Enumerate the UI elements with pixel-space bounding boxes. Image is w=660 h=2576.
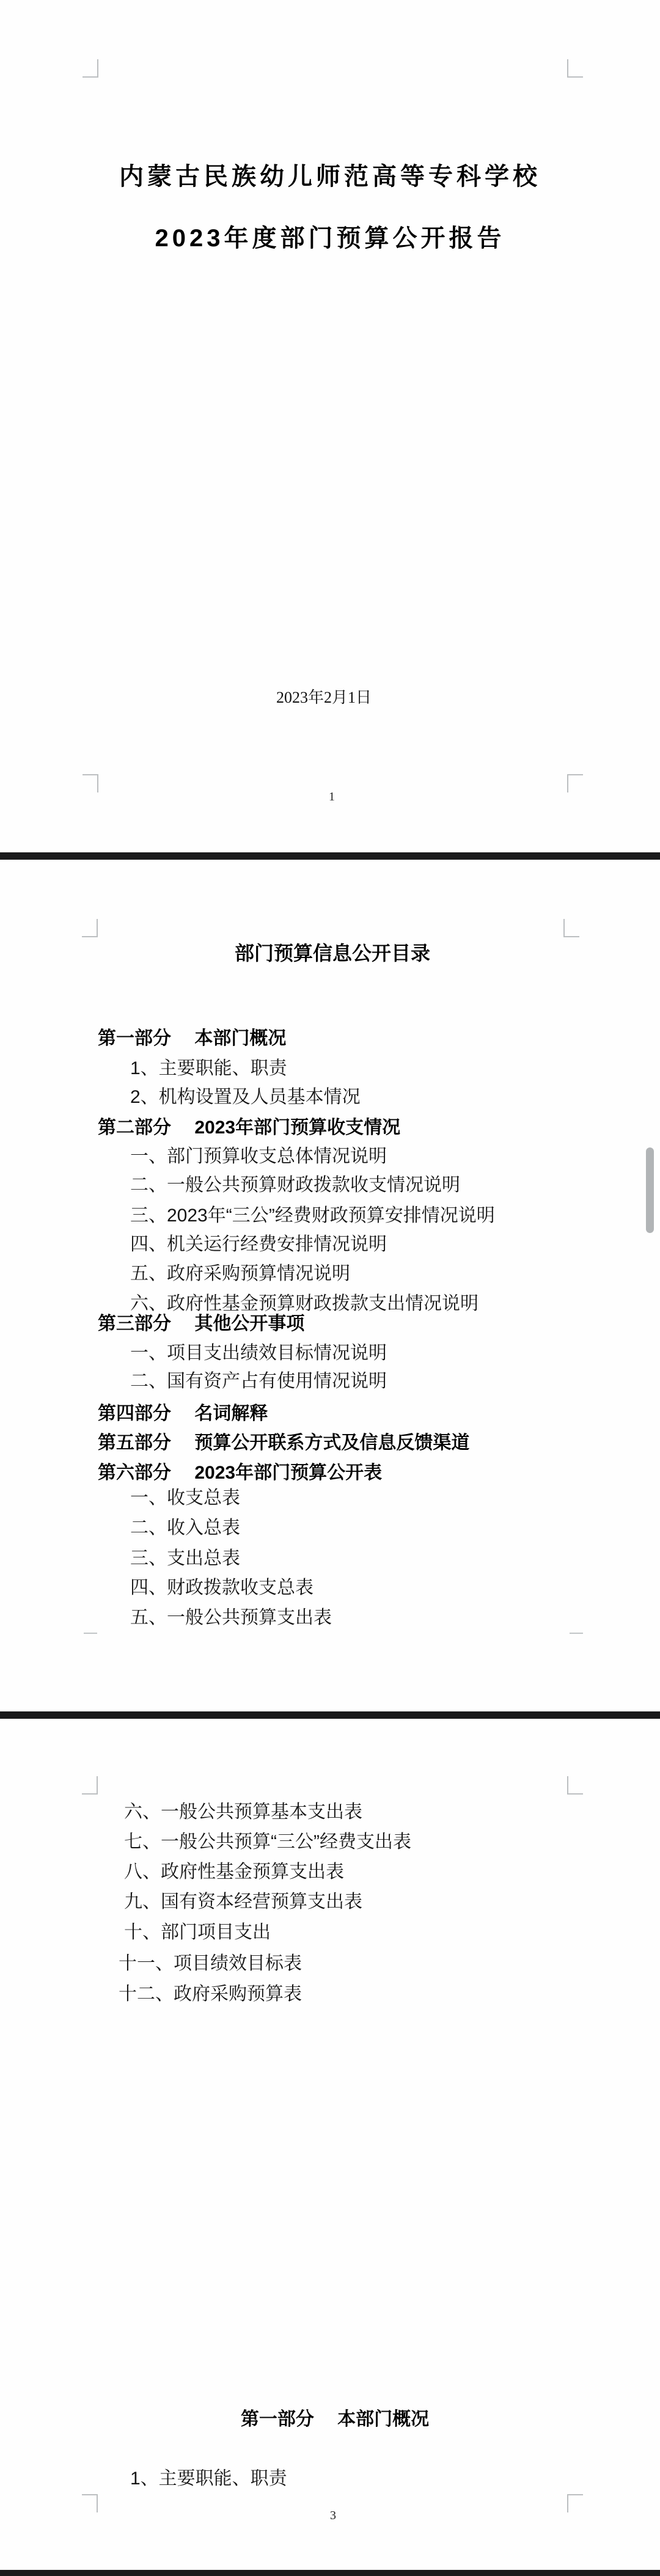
page-number: 3 [0,2508,660,2523]
page-separator [0,852,660,860]
toc-item: 三、2023年“三公”经费财政预算安排情况说明 [130,1204,495,1228]
corner-mark [82,59,98,78]
toc-item: 十一、项目绩效目标表 [119,1952,302,1976]
toc-item: 四、财政拨款收支总表 [130,1576,313,1600]
toc-item: 1、主要职能、职责 [130,1056,287,1081]
toc-item: 五、一般公共预算支出表 [130,1606,332,1630]
toc-item: 八、政府性基金预算支出表 [124,1860,344,1884]
corner-mark [570,1633,583,1634]
toc-section-heading: 第三部分 其他公开事项 [98,1312,304,1336]
toc-section-heading: 第五部分 预算公开联系方式及信息反馈渠道 [98,1431,469,1455]
toc-item: 四、机关运行经费安排情况说明 [130,1232,387,1257]
cover-date: 2023年2月1日 [0,687,660,709]
body-item: 1、主要职能、职责 [130,2467,287,2491]
corner-mark [563,919,579,937]
toc-title: 部门预算信息公开目录 [0,940,660,967]
document-viewer: 内蒙古民族幼儿师范高等专科学校 2023年度部门预算公开报告 2023年2月1日… [0,0,660,2576]
toc-section-heading: 第四部分 名词解释 [98,1402,268,1426]
toc-section-heading: 第一部分 本部门概况 [98,1026,286,1051]
corner-mark [567,59,583,78]
corner-mark [84,1633,97,1634]
toc-section-heading: 第六部分 2023年部门预算公开表 [98,1461,382,1485]
cover-title-line2: 2023年度部门预算公开报告 [0,224,660,252]
corner-mark [567,1776,583,1795]
toc-item: 二、国有资产占有使用情况说明 [130,1369,387,1394]
section-heading: 第一部分 本部门概况 [0,2406,660,2433]
toc-item: 六、一般公共预算基本支出表 [124,1800,362,1824]
toc-item: 七、一般公共预算“三公”经费支出表 [124,1830,411,1854]
toc-item: 二、一般公共预算财政拨款收支情况说明 [130,1173,460,1198]
toc-item: 九、国有资本经营预算支出表 [124,1890,362,1914]
cover-title-line1: 内蒙古民族幼儿师范高等专科学校 [0,163,660,191]
toc-item: 一、项目支出绩效目标情况说明 [130,1341,387,1366]
toc-item: 二、收入总表 [130,1516,240,1540]
page-number: 1 [0,789,660,805]
toc-item: 五、政府采购预算情况说明 [130,1262,350,1286]
toc-section-heading: 第二部分 2023年部门预算收支情况 [98,1116,400,1140]
toc-item: 一、部门预算收支总体情况说明 [130,1144,387,1169]
page-separator [0,2570,660,2576]
toc-item: 三、支出总表 [130,1546,240,1571]
toc-item: 一、收支总表 [130,1486,240,1510]
toc-item: 十二、政府采购预算表 [119,1982,302,2007]
corner-mark [82,919,98,937]
toc-item: 2、机构设置及人员基本情况 [130,1085,361,1110]
corner-mark [82,1776,98,1795]
scrollbar-thumb[interactable] [646,1147,654,1233]
page-separator [0,1711,660,1719]
toc-item: 十、部门项目支出 [124,1920,271,1945]
